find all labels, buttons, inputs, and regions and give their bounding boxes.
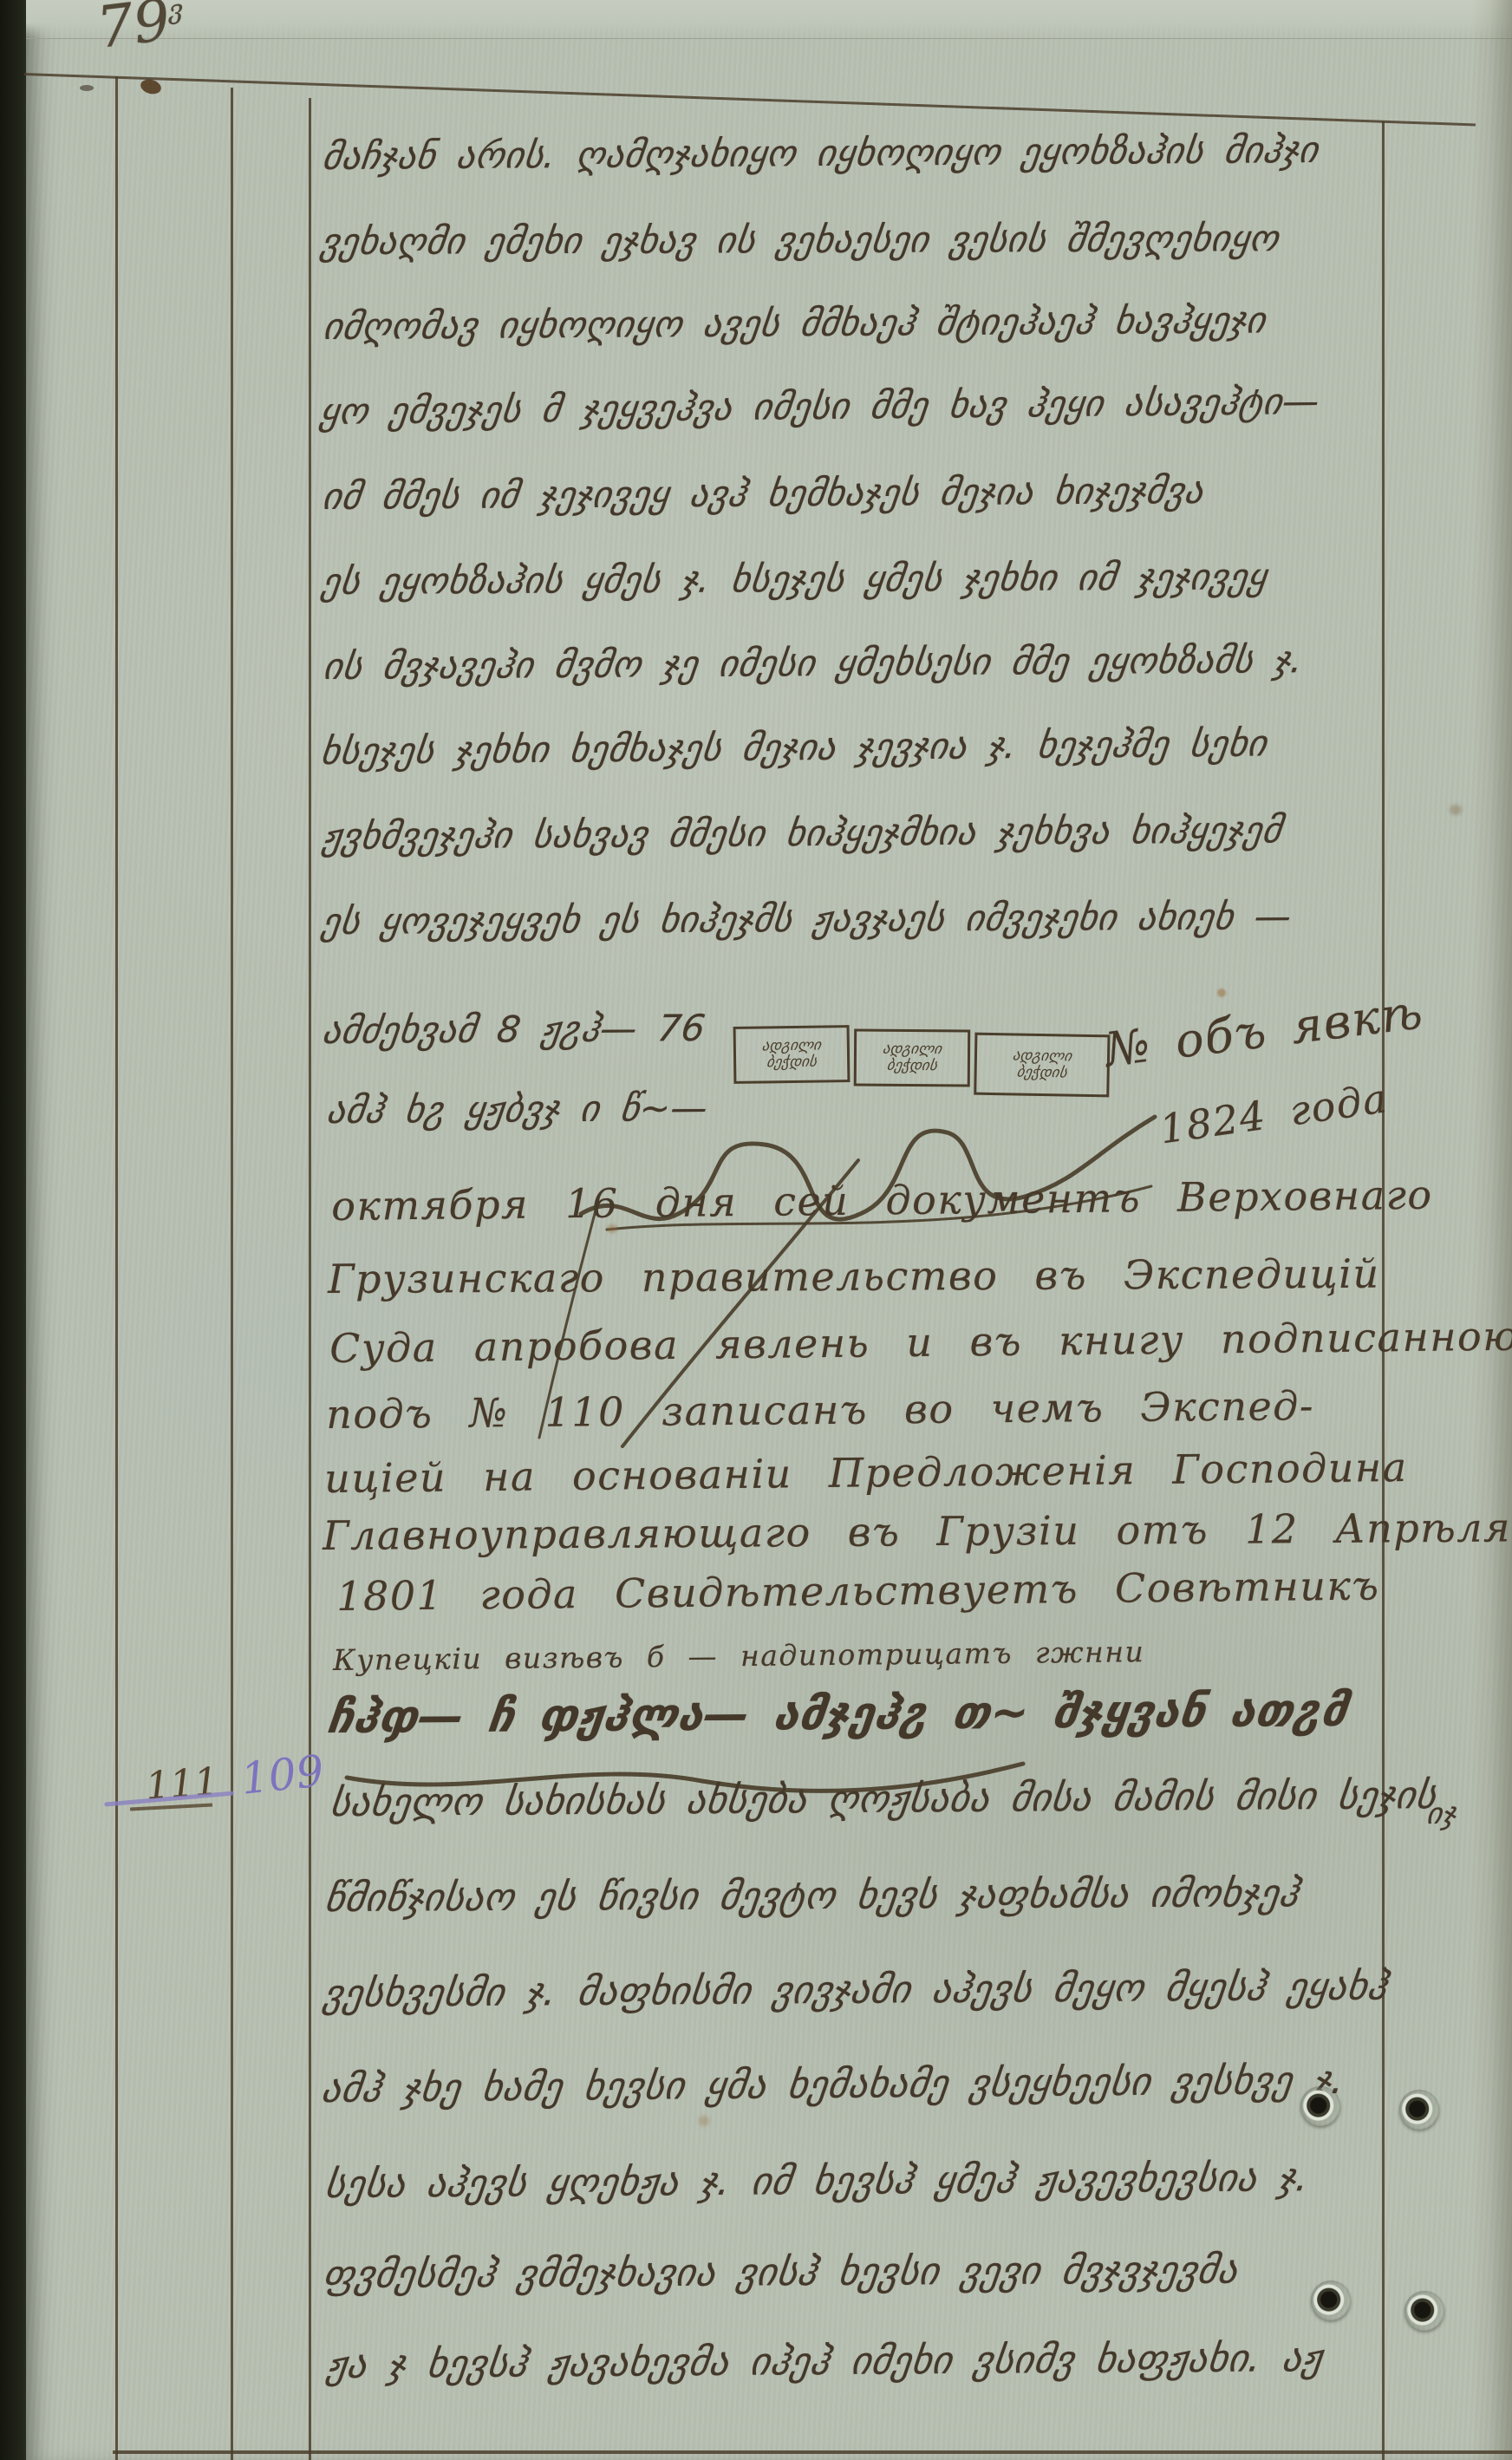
georgian-text-line: ჟა ჯ ხევსჰ ჟავახევმა იჰეჰ იმეხი ვსიმვ ხა… bbox=[324, 2339, 1325, 2385]
wormhole-damage bbox=[1399, 2090, 1439, 2130]
wormhole-damage bbox=[1311, 2281, 1351, 2320]
georgian-text-line: ვესხვესმი ჯ. მაფხისმი ვივჯამი აჰევს მეყო… bbox=[321, 1967, 1390, 2013]
margin-number-purple: 109 bbox=[239, 1749, 326, 1801]
paper-right-edge-shadow bbox=[1472, 0, 1512, 2460]
russian-text-line: 1801 года Свидѣтельствуетъ Совѣтникъ bbox=[336, 1565, 1380, 1616]
georgian-text-line: ყო ემვეჯეს მ ჯეყვეჰვა იმესი მმე ხავ ჰეყი… bbox=[318, 383, 1322, 430]
ruled-line-bottom bbox=[113, 2450, 1512, 2454]
seal-placeholder-boxes: ადგილი ბეჭდის ადგილი ბეჭდის ადგილი ბეჭდი… bbox=[733, 1026, 1114, 1088]
margin-rule-line bbox=[309, 98, 311, 2460]
foxing-spot bbox=[1450, 805, 1462, 815]
wormhole-damage bbox=[1404, 2291, 1444, 2331]
seal-box-line1: ადგილი bbox=[1011, 1047, 1072, 1065]
ink-speck bbox=[80, 85, 94, 91]
seal-box-line1: ადგილი bbox=[761, 1038, 823, 1055]
georgian-signature-line: ჩჰჶ— ჩ ჶჟჰლა— ამჯეჰჷ თ~ შჯყვან ათჷმ bbox=[325, 1688, 1351, 1740]
russian-text-line: Главноуправляющаго въ Грузіи отъ 12 Апрѣ… bbox=[323, 1507, 1511, 1556]
foxing-spot bbox=[607, 1224, 617, 1233]
folio-superscript: ვ bbox=[166, 0, 185, 26]
georgian-text-line: სესა აჰევს ყღეხჟა ჯ. იმ ხევსჰ ყმეჰ ჟავევ… bbox=[323, 2159, 1311, 2204]
georgian-text-line: ის მვჯავეჰი მვმო ჯე იმესი ყმეხსესი მმე ე… bbox=[321, 642, 1305, 685]
georgian-text-line: სახელო სახისხას ახსება ღოჟსაბა მისა მამი… bbox=[328, 1777, 1438, 1823]
georgian-text-line: ამჰ ჯხე ხამე ხევსი ყმა ხემახამე ვსეყხეეს… bbox=[319, 2062, 1346, 2109]
margin-rule-line bbox=[1382, 121, 1385, 2460]
georgian-text-line: წმიწჯისაო ეს წივსი მევტო ხევს ჯაფხამსა ი… bbox=[323, 1875, 1301, 1918]
margin-rule-line bbox=[231, 88, 233, 2460]
margin-rule-line bbox=[115, 76, 118, 2460]
georgian-text-line: მაჩჯან არის. ღამღჯახიყო იყხოღიყო ეყოხზაჰ… bbox=[320, 132, 1320, 175]
seal-box-line2: ბეჭდის bbox=[886, 1058, 939, 1074]
folio-number-value: 79 bbox=[94, 0, 174, 62]
seal-box-line1: ადგილი bbox=[882, 1041, 943, 1058]
georgian-text-line: ეს ეყოხზაჰის ყმეს ჯ. ხსეჯეს ყმეს ჯეხხი ი… bbox=[319, 558, 1269, 600]
scanned-manuscript-page: 79ვ მაჩჯან არის. ღამღჯახიყო იყხოღიყო ეყო… bbox=[0, 0, 1512, 2460]
margin-note-right: იჯ bbox=[1424, 1799, 1458, 1829]
georgian-text-line: ფვმესმეჰ ვმმეჯხავია ვისჰ ხევსი ვევი მვჯვ… bbox=[321, 2251, 1241, 2294]
georgian-text-line: ხსეჯეს ჯეხხი ხემხაჯეს მეჯია ჯევჯია ჯ. ხე… bbox=[318, 725, 1269, 770]
seal-placeholder-box: ადგილი ბეჭდის bbox=[733, 1025, 850, 1084]
georgian-text-line: იმ მმეს იმ ჯეჯივეყ ავჰ ხემხაჯეს მეჯია ხი… bbox=[320, 473, 1206, 515]
seal-box-line2: ბეჭდის bbox=[766, 1054, 818, 1072]
seal-placeholder-box: ადგილი ბეჭდის bbox=[854, 1029, 970, 1087]
foxing-spot bbox=[699, 2116, 709, 2126]
pen-stroke-flourish bbox=[486, 1153, 936, 1457]
russian-text-line: Купецкіи визѣвъ б — надипотрицатъ гжнни bbox=[333, 1637, 1144, 1674]
seal-box-line2: ბეჭდის bbox=[1015, 1065, 1068, 1082]
wormhole-damage bbox=[1300, 2086, 1340, 2126]
paper-top-edge bbox=[26, 0, 1512, 39]
foxing-spot bbox=[1217, 989, 1226, 997]
stamp-line-prefix: ამძეხვამ 8 ჟჷჰ— 76 bbox=[320, 1010, 707, 1049]
georgian-text-line: იმღომავ იყხოღიყო ავეს მმხაეჰ შტიეჰაეჰ ხა… bbox=[321, 302, 1268, 345]
georgian-text-line: ეს ყოვეჯეყვეხ ეს ხიჰეჯმს ჟავჯაეს იმვეჯეხ… bbox=[319, 898, 1294, 940]
georgian-text-line: ვეხაღმი ემეხი ეჯხავ ის ვეხაესეი ვესის შმ… bbox=[318, 220, 1281, 260]
georgian-text-line: ჟვხმვეჯეჰი სახვავ მმესი ხიჰყეჯმხია ჯეხხვ… bbox=[320, 812, 1284, 855]
